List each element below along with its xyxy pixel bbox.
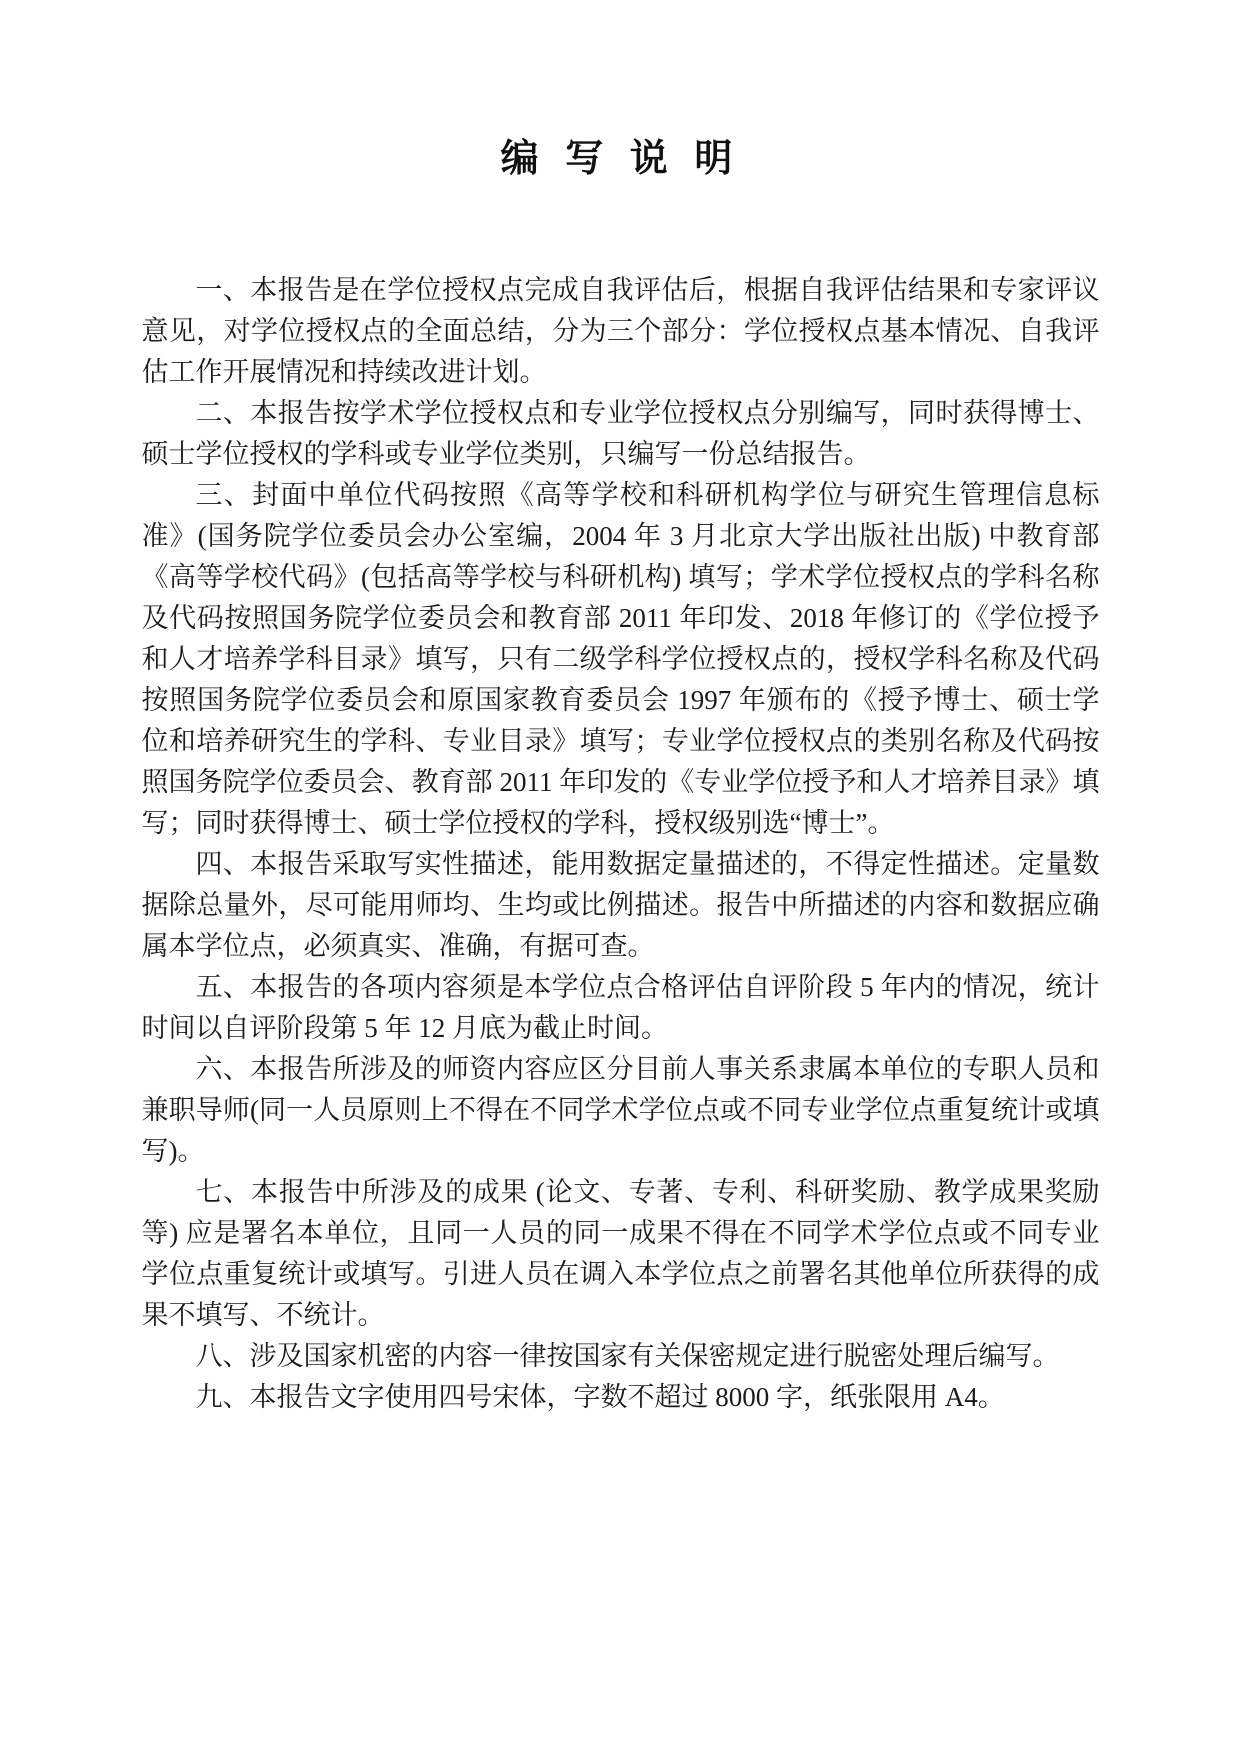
document-page: 编 写 说 明 一、本报告是在学位授权点完成自我评估后，根据自我评估结果和专家评… (0, 0, 1241, 1754)
paragraph-6: 六、本报告所涉及的师资内容应区分目前人事关系隶属本单位的专职人员和兼职导师(同一… (142, 1049, 1100, 1172)
document-content: 编 写 说 明 一、本报告是在学位授权点完成自我评估后，根据自我评估结果和专家评… (142, 0, 1100, 1418)
paragraph-7: 七、本报告中所涉及的成果 (论文、专著、专利、科研奖励、教学成果奖励等) 应是署… (142, 1172, 1100, 1336)
paragraph-2: 二、本报告按学术学位授权点和专业学位授权点分别编写，同时获得博士、硕士学位授权的… (142, 393, 1100, 475)
paragraph-9: 九、本报告文字使用四号宋体，字数不超过 8000 字，纸张限用 A4。 (142, 1377, 1100, 1418)
page-title: 编 写 说 明 (142, 136, 1100, 182)
document-body: 一、本报告是在学位授权点完成自我评估后，根据自我评估结果和专家评议意见，对学位授… (142, 270, 1100, 1418)
paragraph-8: 八、涉及国家机密的内容一律按国家有关保密规定进行脱密处理后编写。 (142, 1336, 1100, 1377)
paragraph-1: 一、本报告是在学位授权点完成自我评估后，根据自我评估结果和专家评议意见，对学位授… (142, 270, 1100, 393)
paragraph-4: 四、本报告采取写实性描述，能用数据定量描述的，不得定性描述。定量数据除总量外，尽… (142, 844, 1100, 967)
paragraph-5: 五、本报告的各项内容须是本学位点合格评估自评阶段 5 年内的情况，统计时间以自评… (142, 967, 1100, 1049)
paragraph-3: 三、封面中单位代码按照《高等学校和科研机构学位与研究生管理信息标准》(国务院学位… (142, 475, 1100, 844)
